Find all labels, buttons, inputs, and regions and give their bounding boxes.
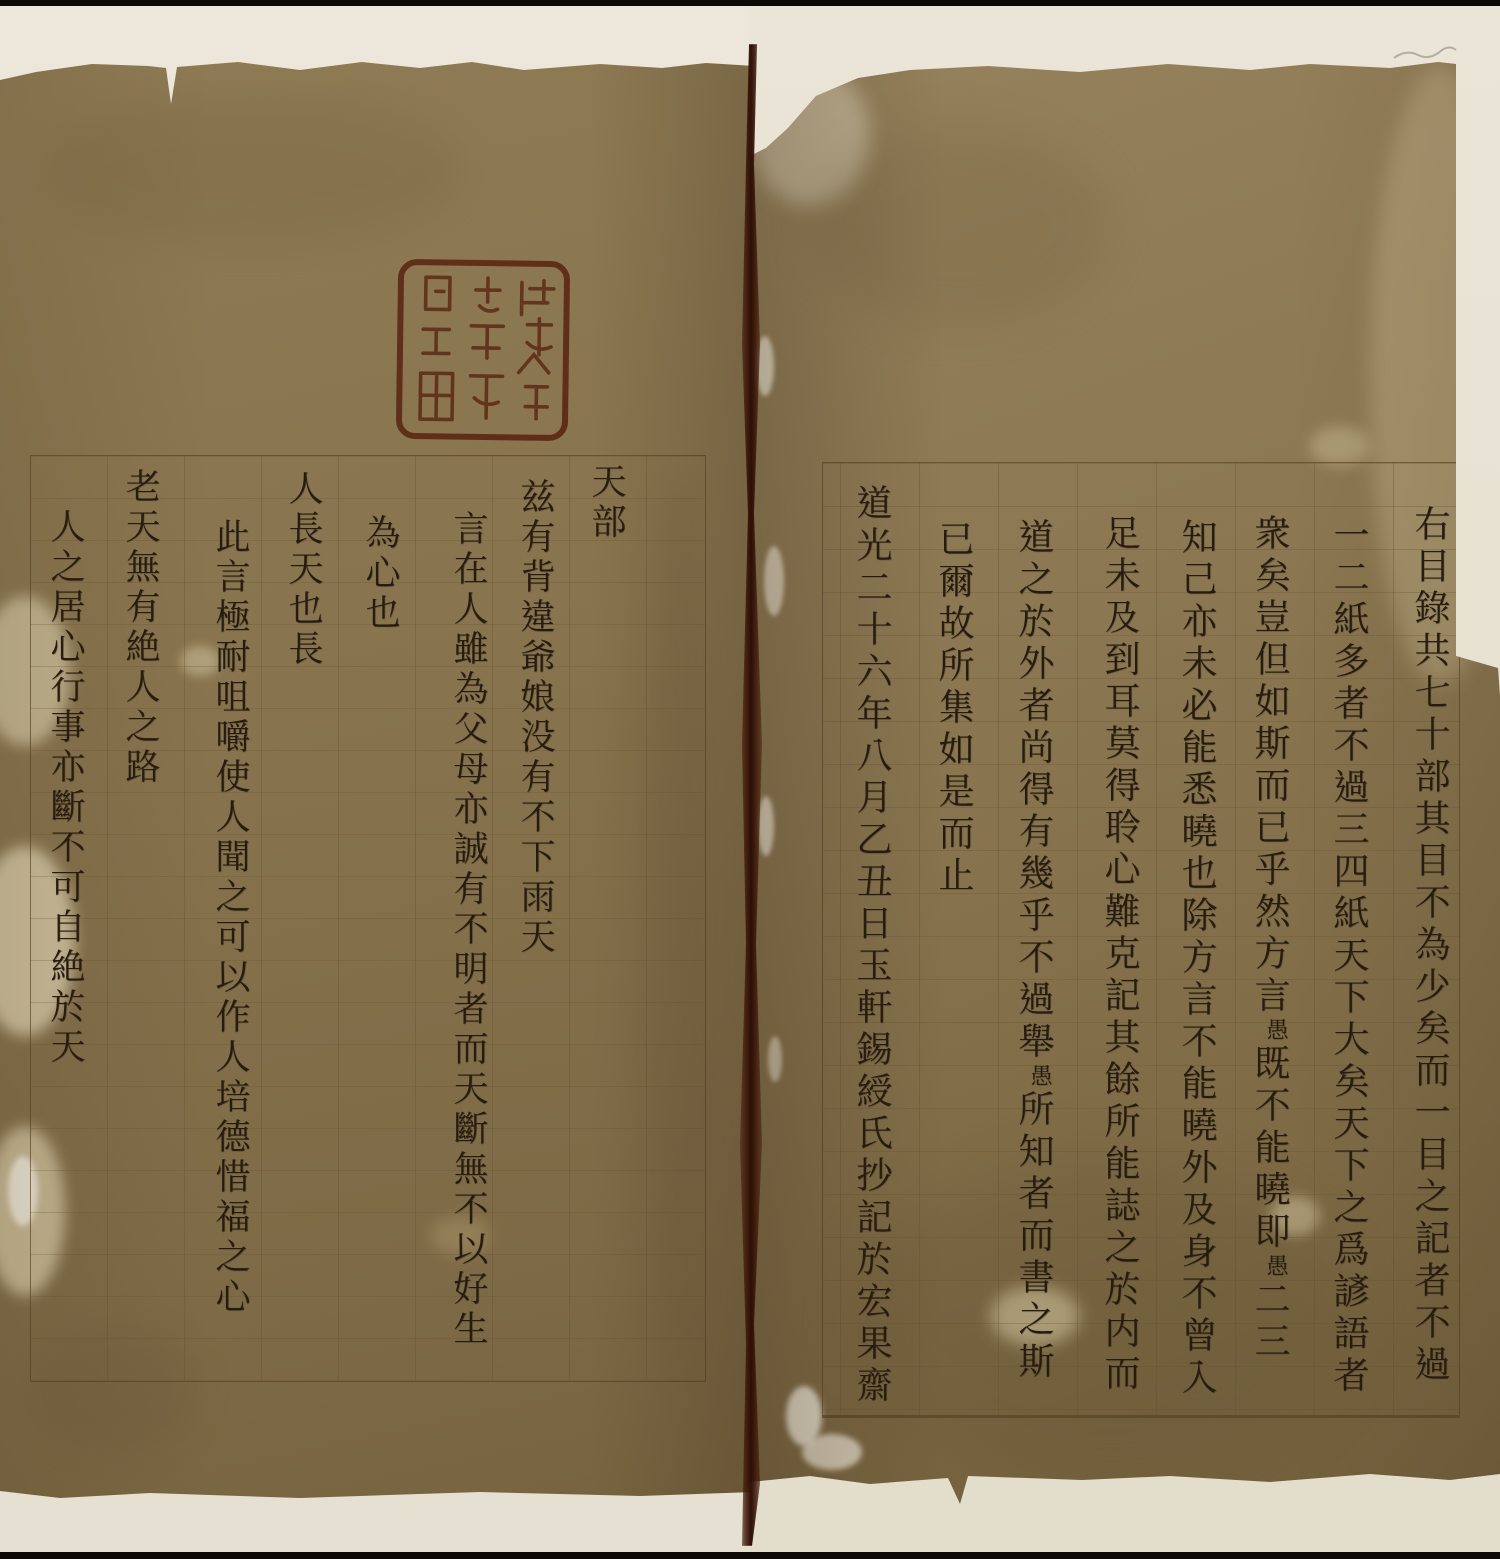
char-segment: 二三 [1250,1280,1290,1364]
text-column-commentary: 此言極耐咀嚼使人聞之可以作人培德惜福之心 [209,518,255,1318]
paper-stain [1310,426,1370,466]
text-column-colophon: 道光二十六年八月乙丑日玉軒錫綬氏抄記於宏果齋 [852,484,898,1408]
paper-stain [810,126,1110,326]
text-column-preface: 知己亦未必能悉曉也除方言不能曉外及身不曾入 [1177,518,1223,1400]
text-column-proverb: 人長天也長 [282,470,328,670]
text-column-commentary: 為心也 [359,514,405,634]
right-page-paper: 右目錄共七十部其目不為少矣而一目之記者不過一二紙多者不過三四紙天下大矣天下之爲諺… [750,6,1500,1552]
paper-stain [768,1036,782,1082]
paper-stain [764,546,784,616]
small-annotation-char: 愚 [1261,1254,1292,1280]
text-column-proverb: 兹有背違爺娘没有不下雨天 [514,478,560,958]
text-column-preface: 道之於外者尚得有幾乎不過舉愚所知者而書之斯 [1014,518,1060,1384]
text-column-preface: 衆矣豈但如斯而已乎然方言愚既不能曉即愚二三 [1250,514,1296,1364]
left-page-paper: 天部兹有背違爺娘没有不下雨天言在人雖為父母亦誠有不明者而天斷無不以好生為心也人長… [0,6,754,1552]
char-segment: 此言極耐咀嚼使人聞之可以作人培德惜福之心 [211,518,250,1318]
text-column-proverb: 老天無有絶人之路 [119,468,165,788]
paper-stain [758,796,774,856]
char-segment: 所知者而書之斯 [1014,1090,1054,1384]
char-segment: 既不能曉即 [1250,1044,1290,1254]
small-annotation-char: 愚 [1025,1064,1056,1090]
char-segment: 一二紙多者不過三四紙天下大矣天下之爲諺語者 [1329,516,1369,1398]
text-column-section-title: 天部 [585,463,631,543]
char-segment: 道之於外者尚得有幾乎不過舉 [1014,518,1054,1064]
char-segment: 已爾故所集如是而止 [934,520,974,898]
text-column-preface: 已爾故所集如是而止 [934,520,980,898]
char-segment: 人之居心行事亦斷不可自絶於天 [46,508,85,1068]
paper-stain [40,96,460,246]
char-segment: 兹有背違爺娘没有不下雨天 [516,478,555,958]
char-segment: 天部 [587,463,626,543]
manuscript-scan: 天部兹有背違爺娘没有不下雨天言在人雖為父母亦誠有不明者而天斷無不以好生為心也人長… [0,0,1500,1559]
seal-script-strokes [420,277,554,421]
text-column-preface: 一二紙多者不過三四紙天下大矣天下之爲諺語者 [1329,516,1375,1398]
small-annotation-char: 愚 [1261,1018,1292,1044]
char-segment: 人長天也長 [284,470,323,670]
left-page: 天部兹有背違爺娘没有不下雨天言在人雖為父母亦誠有不明者而天斷無不以好生為心也人長… [0,6,754,1552]
char-segment: 知己亦未必能悉曉也除方言不能曉外及身不曾入 [1177,518,1217,1400]
char-segment: 為心也 [361,514,400,634]
paper-stain [750,66,870,206]
text-column-commentary: 人之居心行事亦斷不可自絶於天 [44,508,90,1068]
char-segment: 衆矣豈但如斯而已乎然方言 [1250,514,1290,1018]
char-segment: 右目錄共七十部其目不為少矣而一目之記者不過 [1410,505,1450,1387]
text-column-commentary: 言在人雖為父母亦誠有不明者而天斷無不以好生 [447,510,493,1350]
text-column-preface: 右目錄共七十部其目不為少矣而一目之記者不過 [1410,505,1456,1387]
text-column-preface: 足未及到耳莫得聆心難克記其餘所能誌之於内而 [1100,514,1146,1396]
paper-stain [802,1434,862,1470]
collector-seal [392,255,575,445]
char-segment: 言在人雖為父母亦誠有不明者而天斷無不以好生 [449,510,488,1350]
char-segment: 老天無有絶人之路 [121,468,160,788]
char-segment: 道光二十六年八月乙丑日玉軒錫綬氏抄記於宏果齋 [852,484,892,1408]
char-segment: 足未及到耳莫得聆心難克記其餘所能誌之於内而 [1100,514,1140,1396]
right-page: 右目錄共七十部其目不為少矣而一目之記者不過一二紙多者不過三四紙天下大矣天下之爲諺… [750,6,1500,1552]
paper-stain [786,1386,822,1446]
pencil-smudge [1390,42,1460,66]
